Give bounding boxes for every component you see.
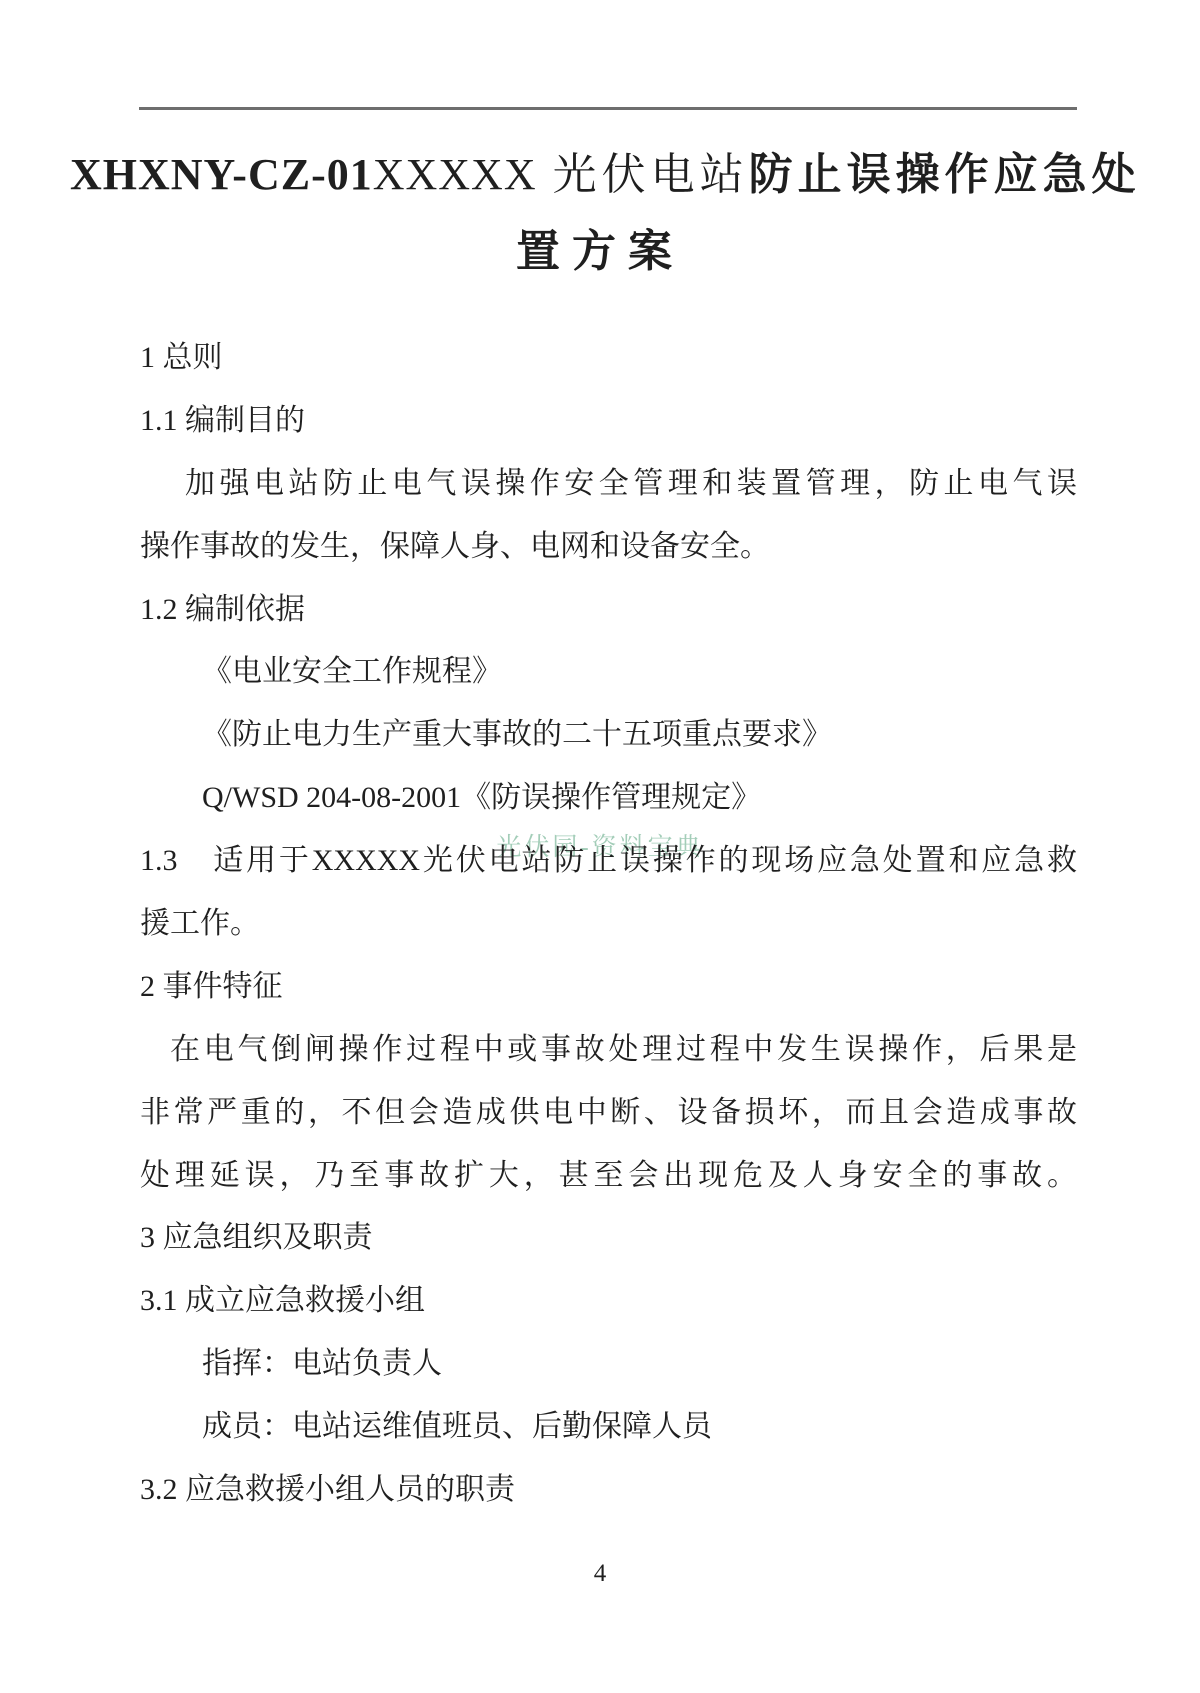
title-code-bold: XHXNY-CZ-01: [70, 150, 373, 199]
reference-line: 《电业安全工作规程》: [140, 641, 1077, 704]
title-line-2: 置方案: [70, 213, 1130, 290]
document-title: XHXNY-CZ-01XXXXX 光伏电站防止误操作应急处 置方案: [70, 136, 1130, 290]
section-heading: 3 应急组织及职责: [140, 1207, 1077, 1270]
paragraph-line: 处理延误，乃至事故扩大，甚至会出现危及人身安全的事故。: [140, 1145, 1077, 1208]
section-heading: 3.1 成立应急救援小组: [140, 1270, 1077, 1333]
title-line-1: XHXNY-CZ-01XXXXX 光伏电站防止误操作应急处: [70, 136, 1130, 213]
document-body: 1 总则 1.1 编制目的 加强电站防止电气误操作安全管理和装置管理，防止电气误…: [140, 327, 1077, 1522]
title-subject-part1: 防止误操作应急处: [749, 150, 1141, 199]
paragraph-line: 操作事故的发生，保障人身、电网和设备安全。: [140, 516, 1077, 579]
document-page: XHXNY-CZ-01XXXXX 光伏电站防止误操作应急处 置方案 光伏园-资料…: [0, 0, 1200, 1693]
reference-line: Q/WSD 204-08-2001《防误操作管理规定》: [140, 767, 1077, 830]
section-heading: 1 总则: [140, 327, 1077, 390]
paragraph-line: 援工作。: [140, 893, 1077, 956]
section-heading: 1.1 编制目的: [140, 390, 1077, 453]
paragraph-line: 指挥：电站负责人: [140, 1333, 1077, 1396]
section-heading: 2 事件特征: [140, 956, 1077, 1019]
header-rule: [139, 107, 1077, 110]
section-heading: 1.2 编制依据: [140, 579, 1077, 642]
paragraph-line: 1.3 适用于XXXXX光伏电站防止误操作的现场应急处置和应急救: [140, 830, 1077, 893]
title-code-plain: XXXXX: [373, 150, 537, 199]
section-heading: 3.2 应急救援小组人员的职责: [140, 1459, 1077, 1522]
paragraph-line: 在电气倒闸操作过程中或事故处理过程中发生误操作，后果是: [140, 1019, 1077, 1082]
paragraph-line: 加强电站防止电气误操作安全管理和装置管理，防止电气误: [140, 453, 1077, 516]
page-number: 4: [0, 1560, 1200, 1588]
reference-line: 《防止电力生产重大事故的二十五项重点要求》: [140, 704, 1077, 767]
title-station: 光伏电站: [537, 150, 749, 199]
paragraph-line: 非常严重的，不但会造成供电中断、设备损坏，而且会造成事故: [140, 1082, 1077, 1145]
paragraph-line: 成员：电站运维值班员、后勤保障人员: [140, 1396, 1077, 1459]
